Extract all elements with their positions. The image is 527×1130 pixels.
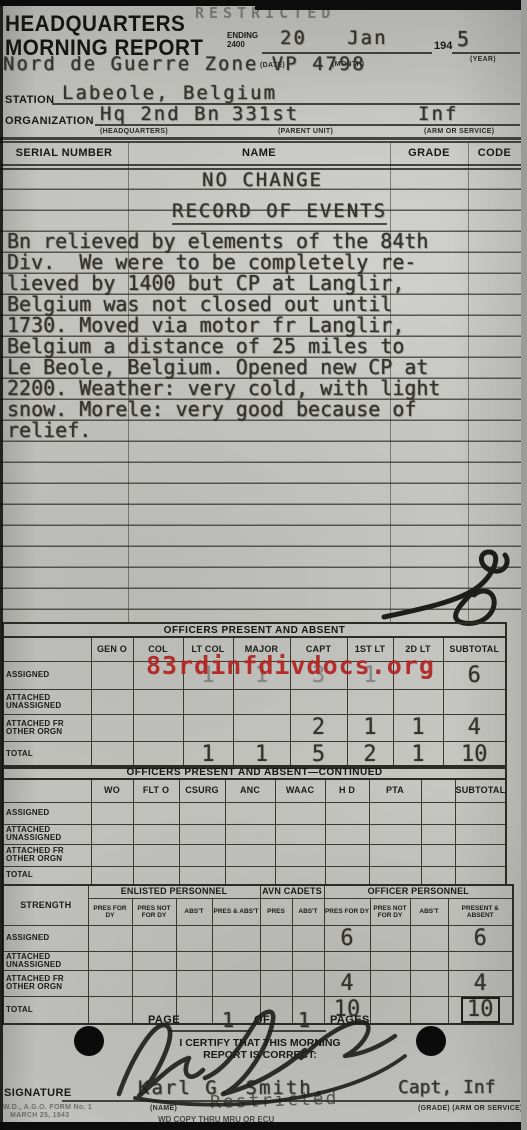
- officers-continued-header-row: WO FLT O CSURG ANC WAAC H D PTA SUBTOTAL: [3, 779, 506, 802]
- row-label: ATTACHED FR OTHER ORGN: [3, 844, 91, 866]
- cell: [91, 866, 133, 885]
- group-enlisted-personnel: ENLISTED PERSONNEL: [88, 885, 260, 898]
- row-label: ASSIGNED: [3, 802, 91, 824]
- col-flt-o: FLT O: [133, 779, 179, 802]
- cell: [325, 824, 369, 844]
- subcol: ABS'T: [292, 898, 324, 925]
- signature-scrawl: [105, 998, 415, 1110]
- morning-report-scan: RESTRICTED HEADQUARTERS MORNING REPORT E…: [0, 0, 527, 1130]
- cell: [369, 844, 421, 866]
- continued-row-attached-fr-other: ATTACHED FR OTHER ORGN: [3, 844, 506, 866]
- cell: [132, 951, 176, 970]
- cell: 1: [183, 741, 233, 768]
- scan-edge-bottom: [0, 1122, 527, 1130]
- cell: [292, 970, 324, 996]
- punch-hole-right: [416, 1026, 446, 1056]
- cell: [448, 951, 513, 970]
- cell: 1: [393, 741, 443, 768]
- map-zone-line: Nord de Guerre Zone VP 4798: [3, 53, 366, 75]
- cell: [176, 970, 212, 996]
- year-typed: 5: [457, 27, 469, 51]
- cell: [3, 637, 91, 661]
- cell: [325, 802, 369, 824]
- col-hd: H D: [325, 779, 369, 802]
- group-officer-personnel: OFFICER PERSONNEL: [324, 885, 513, 898]
- cell: 10: [443, 741, 506, 768]
- row-label: TOTAL: [3, 996, 88, 1024]
- year-rule: [452, 52, 520, 54]
- cell: [421, 844, 455, 866]
- year-printed: 194: [434, 40, 452, 52]
- officers-continued-table: OFFICERS PRESENT AND ABSENT—CONTINUED WO…: [2, 765, 507, 886]
- parent-unit-sublabel: (PARENT UNIT): [278, 128, 333, 135]
- officers-row-attached-unassigned: ATTACHED UNASSIGNED: [3, 689, 506, 714]
- cell: [133, 866, 179, 885]
- cell: [370, 951, 410, 970]
- cell: [347, 689, 393, 714]
- scan-edge-top-right: [255, 0, 527, 10]
- organization-rule: [95, 124, 520, 126]
- cell: [133, 741, 183, 768]
- cell: [275, 844, 325, 866]
- cell: [133, 802, 179, 824]
- cell: [455, 802, 506, 824]
- row-label: ATTACHED FR OTHER ORGN: [3, 970, 88, 996]
- ending-2400-label: ENDING 2400: [227, 31, 258, 49]
- cell: 1: [347, 714, 393, 741]
- cell: [370, 925, 410, 951]
- cell: [410, 951, 448, 970]
- cell: [183, 714, 233, 741]
- cell: [3, 779, 91, 802]
- cell: 2: [290, 714, 347, 741]
- cell: [212, 925, 260, 951]
- cell: [179, 824, 225, 844]
- station-value: Labeole, Belgium: [62, 82, 277, 104]
- cell: 5: [290, 741, 347, 768]
- cell: [88, 925, 132, 951]
- cell: [91, 661, 133, 689]
- watermark: 83rdinfdivdocs.org: [146, 651, 435, 680]
- ending-time: 2400: [227, 40, 245, 49]
- strength-title: STRENGTH: [3, 885, 88, 925]
- roster-rule: [0, 164, 523, 166]
- cell: [91, 714, 133, 741]
- cell: [275, 824, 325, 844]
- continued-row-attached-unassigned: ATTACHED UNASSIGNED: [3, 824, 506, 844]
- cell: 6: [443, 661, 506, 689]
- cell: [292, 925, 324, 951]
- subcol: PRES: [260, 898, 292, 925]
- cell: [410, 970, 448, 996]
- pen-flourish-mark: [378, 545, 508, 625]
- cell: 10: [448, 996, 513, 1024]
- cell: [290, 689, 347, 714]
- strength-row-attached-unassigned: ATTACHED UNASSIGNED: [3, 951, 513, 970]
- officers-table-title: OFFICERS PRESENT AND ABSENT: [3, 623, 506, 637]
- cell: [324, 951, 370, 970]
- event-line: relief.: [7, 418, 91, 442]
- col-code: CODE: [468, 147, 521, 159]
- cell: [233, 714, 290, 741]
- col-csurg: CSURG: [179, 779, 225, 802]
- cell: [275, 866, 325, 885]
- cell: [183, 689, 233, 714]
- cell: [325, 844, 369, 866]
- cell: 4: [448, 970, 513, 996]
- organization-headquarters: Hq 2nd Bn: [100, 103, 221, 125]
- strength-row-attached-fr-other: ATTACHED FR OTHER ORGN 4 4: [3, 970, 513, 996]
- boxed-total: 10: [461, 997, 500, 1023]
- subcol: PRES FOR DY: [88, 898, 132, 925]
- officers-present-absent-table: OFFICERS PRESENT AND ABSENT GEN O COL LT…: [2, 622, 507, 769]
- cell: [91, 802, 133, 824]
- cell: [325, 866, 369, 885]
- cell: [91, 844, 133, 866]
- cell: [225, 802, 275, 824]
- col-blank: [421, 779, 455, 802]
- scan-edge-right: [521, 0, 527, 1130]
- subcol: PRES FOR DY: [324, 898, 370, 925]
- subcol: PRES & ABS'T: [212, 898, 260, 925]
- cell: [132, 970, 176, 996]
- cell: [369, 866, 421, 885]
- cell: [133, 714, 183, 741]
- punch-hole-left: [74, 1026, 104, 1056]
- cell: [369, 802, 421, 824]
- subcol: ABS'T: [410, 898, 448, 925]
- cell: [292, 951, 324, 970]
- cell: [179, 802, 225, 824]
- row-label: ATTACHED UNASSIGNED: [3, 824, 91, 844]
- cell: [443, 689, 506, 714]
- cell: [132, 925, 176, 951]
- cell: [410, 996, 448, 1024]
- cell: 1: [233, 741, 290, 768]
- col-serial-number: SERIAL NUMBER: [0, 147, 128, 159]
- row-label: ATTACHED UNASSIGNED: [3, 689, 91, 714]
- cell: [225, 844, 275, 866]
- form-date-line: MARCH 25, 1943: [10, 1112, 69, 1119]
- officers-row-attached-fr-other: ATTACHED FR OTHER ORGN 2 1 1 4: [3, 714, 506, 741]
- section-rule: [0, 137, 523, 140]
- cell: 6: [324, 925, 370, 951]
- cell: [91, 741, 133, 768]
- cell: [233, 689, 290, 714]
- cell: [260, 970, 292, 996]
- form-number-line: W.D., A.G.O. FORM No. 1: [3, 1104, 92, 1111]
- cell: 4: [443, 714, 506, 741]
- group-avn-cadets: AVN CADETS: [260, 885, 324, 898]
- cell: [133, 824, 179, 844]
- officers-continued-title: OFFICERS PRESENT AND ABSENT—CONTINUED: [3, 766, 506, 779]
- row-label: TOTAL: [3, 741, 91, 768]
- cell: [176, 951, 212, 970]
- record-of-events-title: RECORD OF EVENTS: [172, 200, 387, 225]
- cell: [421, 866, 455, 885]
- organization-arm: Inf: [418, 103, 458, 125]
- col-anc: ANC: [225, 779, 275, 802]
- cell: [88, 951, 132, 970]
- continued-row-total: TOTAL: [3, 866, 506, 885]
- form-title-line1: HEADQUARTERS: [5, 11, 185, 37]
- col-pta: PTA: [369, 779, 421, 802]
- subcol: ABS'T: [176, 898, 212, 925]
- subcol: PRES NOT FOR DY: [132, 898, 176, 925]
- col-name: NAME: [128, 147, 390, 159]
- cell: 6: [448, 925, 513, 951]
- col-wo: WO: [91, 779, 133, 802]
- ending-label: ENDING: [227, 31, 258, 40]
- hq-sublabel: (HEADQUARTERS): [100, 128, 168, 135]
- cell: [176, 925, 212, 951]
- cell: 1: [393, 714, 443, 741]
- row-label: ATTACHED UNASSIGNED: [3, 951, 88, 970]
- cell: [455, 824, 506, 844]
- cell: 4: [324, 970, 370, 996]
- cell: [91, 689, 133, 714]
- scan-edge-left: [0, 0, 3, 1130]
- organization-label: ORGANIZATION: [5, 115, 94, 127]
- continued-row-assigned: ASSIGNED: [3, 802, 506, 824]
- signature-label: SIGNATURE: [4, 1087, 72, 1099]
- officers-row-total: TOTAL 1 1 5 2 1 10: [3, 741, 506, 768]
- cell: [225, 866, 275, 885]
- col-subtotal: SUBTOTAL: [443, 637, 506, 661]
- strength-group-header-row: STRENGTH ENLISTED PERSONNEL AVN CADETS O…: [3, 885, 513, 898]
- cell: [133, 689, 183, 714]
- organization-parent-unit: 331st: [232, 103, 299, 125]
- station-label: STATION: [5, 94, 54, 106]
- section-rule: [0, 141, 523, 143]
- cell: [275, 802, 325, 824]
- row-label: ASSIGNED: [3, 925, 88, 951]
- cell: [260, 925, 292, 951]
- cell: [370, 970, 410, 996]
- cell: [91, 824, 133, 844]
- col-gen-o: GEN O: [91, 637, 133, 661]
- year-sublabel: (YEAR): [470, 56, 496, 63]
- cell: [421, 824, 455, 844]
- cell: [133, 844, 179, 866]
- grade-arm-sublabel: (GRADE) (ARM OR SERVICE): [418, 1105, 523, 1112]
- date-value: 20 Jan: [280, 27, 388, 49]
- cell: [369, 824, 421, 844]
- cell: [421, 802, 455, 824]
- cell: [455, 866, 506, 885]
- arm-service-sublabel: (ARM OR SERVICE): [424, 128, 494, 135]
- strength-row-assigned: ASSIGNED 6 6: [3, 925, 513, 951]
- subcol: PRES NOT FOR DY: [370, 898, 410, 925]
- cell: [212, 951, 260, 970]
- subcol: PRESENT & ABSENT: [448, 898, 513, 925]
- no-change-entry: NO CHANGE: [202, 169, 323, 191]
- cell: [393, 689, 443, 714]
- row-label: TOTAL: [3, 866, 91, 885]
- cell: [225, 824, 275, 844]
- col-waac: WAAC: [275, 779, 325, 802]
- cell: [88, 970, 132, 996]
- row-label: ATTACHED FR OTHER ORGN: [3, 714, 91, 741]
- col-grade: GRADE: [390, 147, 468, 159]
- cell: [179, 844, 225, 866]
- col-subtotal: SUBTOTAL: [455, 779, 506, 802]
- row-label: ASSIGNED: [3, 661, 91, 689]
- cell: [260, 951, 292, 970]
- cell: [410, 925, 448, 951]
- cell: [212, 970, 260, 996]
- cell: 2: [347, 741, 393, 768]
- cell: [179, 866, 225, 885]
- cell: [455, 844, 506, 866]
